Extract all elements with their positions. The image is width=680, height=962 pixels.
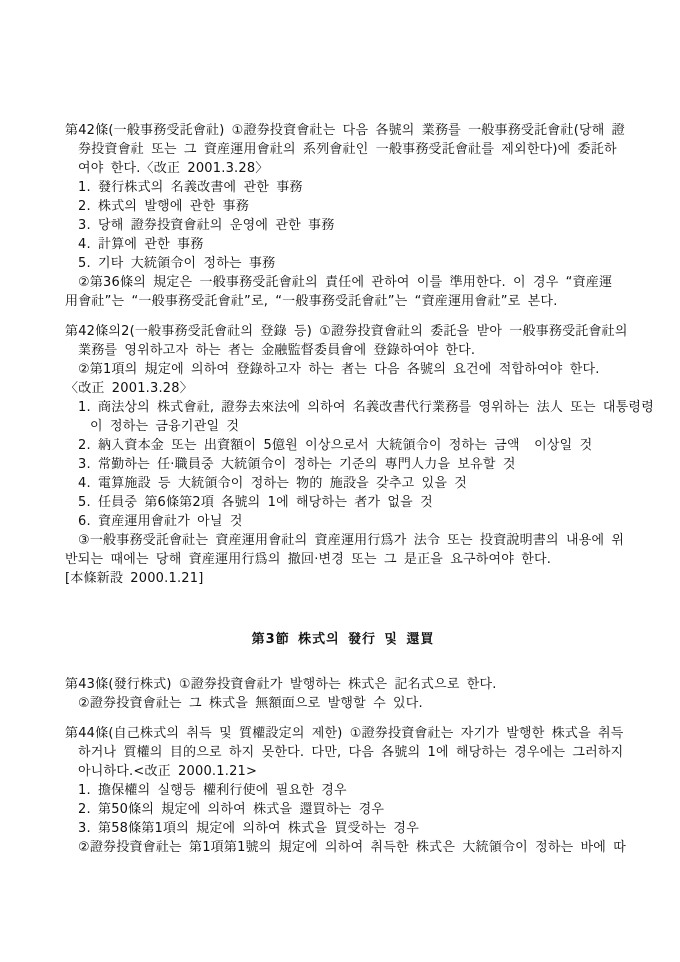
- article-block: 第43條(發行株式) ①證券投資會社가 발행하는 株式은 記名式으로 한다.②證…: [65, 675, 621, 713]
- text-line: 2. 納入資本金 또는 出資額이 5億원 이상으로서 大統領令이 정하는 금액 …: [65, 436, 621, 455]
- text-line: 5. 기타 大統領令이 정하는 事務: [65, 254, 621, 273]
- text-line: 〈改正 2001.3.28〉: [65, 379, 621, 398]
- text-line: [本條新設 2000.1.21]: [65, 569, 621, 588]
- text-line: ②第36條의 規定은 一般事務受託會社의 責任에 관하여 이를 準用한다. 이 …: [65, 273, 621, 292]
- text-line: 2. 株式의 발행에 관한 事務: [65, 197, 621, 216]
- text-line: 6. 資産運用會社가 아닐 것: [65, 512, 621, 531]
- article-block: 第42條(一般事務受託會社) ①證券投資會社는 다음 各號의 業務를 一般事務受…: [65, 121, 621, 311]
- text-line: ②證券投資會社는 第1項第1號의 規定에 의하여 취득한 株式은 大統領令이 정…: [65, 838, 621, 857]
- text-line: 1. 擔保權의 실행등 權利行使에 필요한 경우: [65, 781, 621, 800]
- text-line: 4. 計算에 관한 事務: [65, 235, 621, 254]
- text-line: 여야 한다.〈改正 2001.3.28〉: [65, 159, 621, 178]
- text-line: 第44條(自己株式의 취득 및 質權設定의 제한) ①證券投資會社는 자기가 발…: [65, 724, 621, 743]
- text-line: ②證券投資會社는 그 株式을 無額面으로 발행할 수 있다.: [65, 694, 621, 713]
- text-line: 業務를 영위하고자 하는 者는 金融監督委員會에 登錄하여야 한다.: [65, 341, 621, 360]
- document-content: 第42條(一般事務受託會社) ①證券投資會社는 다음 各號의 業務를 一般事務受…: [65, 121, 621, 857]
- text-line: 用會社”는 “一般事務受託會社”로, “一般事務受託會社”는 “資産運用會社”로…: [65, 292, 621, 311]
- article-block: 第42條의2(一般事務受託會社의 登錄 등) ①證券投資會社의 委託을 받아 一…: [65, 322, 621, 588]
- text-line: ③一般事務受託會社는 資産運用會社의 資産運用行爲가 法令 또는 投資說明書의 …: [65, 531, 621, 550]
- section-heading: 第3節 株式의 發行 및 還買: [65, 630, 621, 649]
- text-line: 3. 第58條第1項의 規定에 의하여 株式을 買受하는 경우: [65, 819, 621, 838]
- text-line: 第42條의2(一般事務受託會社의 登錄 등) ①證券投資會社의 委託을 받아 一…: [65, 322, 621, 341]
- text-line: 아니하다.<改正 2000.1.21>: [65, 762, 621, 781]
- text-line: 하거나 質權의 目的으로 하지 못한다. 다만, 다음 各號의 1에 해당하는 …: [65, 743, 621, 762]
- text-line: 5. 任員중 第6條第2項 各號의 1에 해당하는 者가 없을 것: [65, 493, 621, 512]
- text-line: ②第1項의 規定에 의하여 登錄하고자 하는 者는 다음 各號의 요건에 적합하…: [65, 360, 621, 379]
- text-line: 4. 電算施設 등 大統領令이 정하는 物的 施設을 갖추고 있을 것: [65, 474, 621, 493]
- text-line: 2. 第50條의 規定에 의하여 株式을 還買하는 경우: [65, 800, 621, 819]
- text-line: 1. 發行株式의 名義改書에 관한 事務: [65, 178, 621, 197]
- article-block: 第44條(自己株式의 취득 및 質權設定의 제한) ①證券投資會社는 자기가 발…: [65, 724, 621, 857]
- text-line: 반되는 때에는 당해 資産運用行爲의 撤回·변경 또는 그 是正을 요구하여야 …: [65, 550, 621, 569]
- text-line: 3. 당해 證券投資會社의 운영에 관한 事務: [65, 216, 621, 235]
- text-line: 이 정하는 금융기관일 것: [65, 417, 621, 436]
- text-line: 3. 常勤하는 任·職員중 大統領令이 정하는 기준의 專門人力을 보유할 것: [65, 455, 621, 474]
- text-line: 第43條(發行株式) ①證券投資會社가 발행하는 株式은 記名式으로 한다.: [65, 675, 621, 694]
- text-line: 第42條(一般事務受託會社) ①證券投資會社는 다음 各號의 業務를 一般事務受…: [65, 121, 621, 140]
- text-line: 1. 商法상의 株式會社, 證券去來法에 의하여 名義改書代行業務를 영위하는 …: [65, 398, 621, 417]
- document-page: 第42條(一般事務受託會社) ①證券投資會社는 다음 各號의 業務를 一般事務受…: [0, 0, 680, 962]
- text-line: 券投資會社 또는 그 資産運用會社의 系列會社인 一般事務受託會社를 제외한다)…: [65, 140, 621, 159]
